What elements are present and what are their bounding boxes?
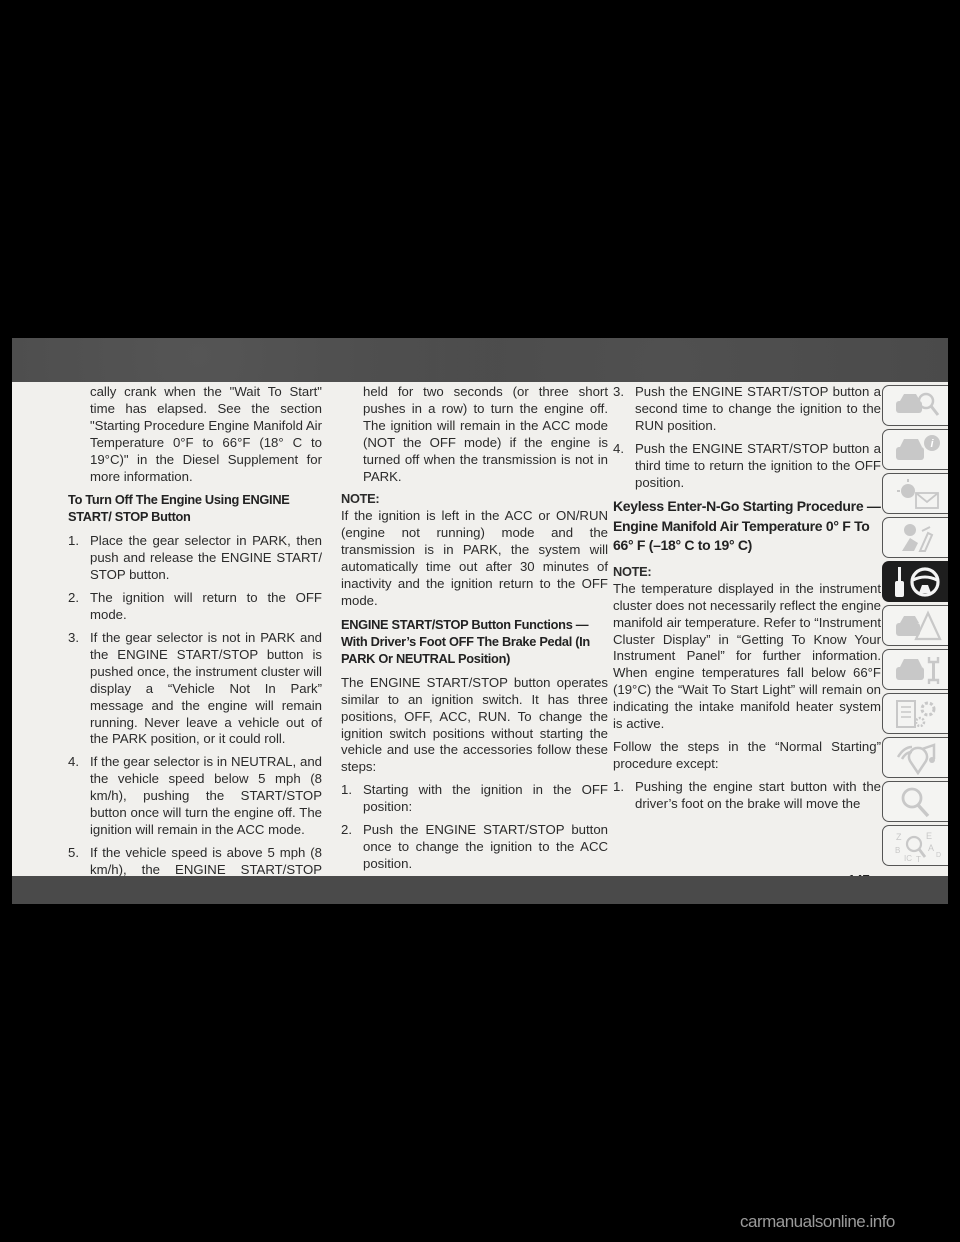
tab-starting-operating[interactable] [882, 561, 948, 602]
tab-in-case-of-emergency[interactable] [882, 605, 948, 646]
svg-text:T: T [916, 855, 921, 863]
list-item: 4.Push the ENGINE START/STOP button a th… [613, 441, 881, 492]
button-function-steps-continued: 3.Push the ENGINE START/STOP button a se… [613, 384, 881, 491]
svg-text:B: B [895, 846, 900, 855]
tab-technical-specifications[interactable] [882, 693, 948, 734]
tab-getting-to-know-vehicle[interactable]: i [882, 429, 948, 470]
index-az-icon: ZEBADICT [892, 829, 944, 863]
tab-safety[interactable] [882, 517, 948, 558]
manual-page: cally crank when the "Wait To Start" tim… [12, 338, 948, 904]
watermark: carmanualsonline.info [740, 1212, 895, 1232]
airbag-seat-icon [892, 521, 944, 555]
list-item: 2.The ignition will return to the OFF mo… [68, 590, 322, 624]
column-1: cally crank when the "Wait To Start" tim… [68, 384, 322, 902]
step-5-continuation: held for two seconds (or three short pus… [341, 384, 608, 485]
list-item: 1.Starting with the ignition in the OFF … [341, 782, 608, 816]
section-heading-turn-off: To Turn Off The Engine Using ENGINE STAR… [68, 491, 322, 525]
tab-multimedia[interactable] [882, 737, 948, 778]
footer-band [12, 876, 948, 904]
svg-text:A: A [928, 843, 934, 853]
car-magnifier-icon [892, 389, 944, 423]
tab-instrument-panel[interactable] [882, 473, 948, 514]
svg-text:Z: Z [896, 832, 902, 842]
body-text: The ENGINE START/STOP button operates si… [341, 675, 608, 776]
list-item: 4.If the gear selector is in NEUTRAL, an… [68, 754, 322, 839]
body-text: Follow the steps in the “Normal Starting… [613, 739, 881, 773]
note-text: If the ignition is left in the ACC or ON… [341, 508, 608, 609]
section-heading-button-functions: ENGINE START/STOP Button Functions — Wit… [341, 616, 608, 667]
note-text: The temperature displayed in the instrum… [613, 581, 881, 733]
note-label: NOTE: [613, 564, 881, 581]
svg-text:E: E [926, 831, 932, 841]
svg-text:D: D [936, 852, 941, 859]
car-info-icon: i [892, 433, 944, 467]
turn-off-steps: 1.Place the gear selector in PARK, then … [68, 533, 322, 895]
column-3: 3.Push the ENGINE START/STOP button a se… [613, 384, 881, 819]
keyless-start-steps: 1.Pushing the engine start button with t… [613, 779, 881, 813]
svg-text:IC: IC [904, 854, 912, 863]
note-label: NOTE: [341, 491, 608, 508]
list-item: 3.If the gear selector is not in PARK an… [68, 630, 322, 748]
list-item: 1.Place the gear selector in PARK, then … [68, 533, 322, 584]
list-item: 3.Push the ENGINE START/STOP button a se… [613, 384, 881, 435]
button-function-steps: 1.Starting with the ignition in the OFF … [341, 782, 608, 873]
warning-light-message-icon [892, 477, 944, 511]
header-band [12, 338, 948, 382]
search-icon [892, 785, 944, 819]
section-heading-keyless-start: Keyless Enter-N-Go Starting Procedure — … [613, 497, 881, 556]
car-wrench-icon [892, 653, 944, 687]
tab-introduction[interactable] [882, 385, 948, 426]
list-item: 1.Pushing the engine start button with t… [613, 779, 881, 813]
tab-index[interactable]: ZEBADICT [882, 825, 948, 866]
key-steering-wheel-icon [892, 565, 944, 599]
multimedia-music-icon [892, 741, 944, 775]
car-warning-triangle-icon [892, 609, 944, 643]
intro-continuation: cally crank when the "Wait To Start" tim… [68, 384, 322, 485]
list-item: 2.Push the ENGINE START/STOP button once… [341, 822, 608, 873]
tab-servicing-maintenance[interactable] [882, 649, 948, 690]
specs-gear-icon [892, 697, 944, 731]
tab-customer-assistance[interactable] [882, 781, 948, 822]
column-2: held for two seconds (or three short pus… [341, 384, 608, 879]
